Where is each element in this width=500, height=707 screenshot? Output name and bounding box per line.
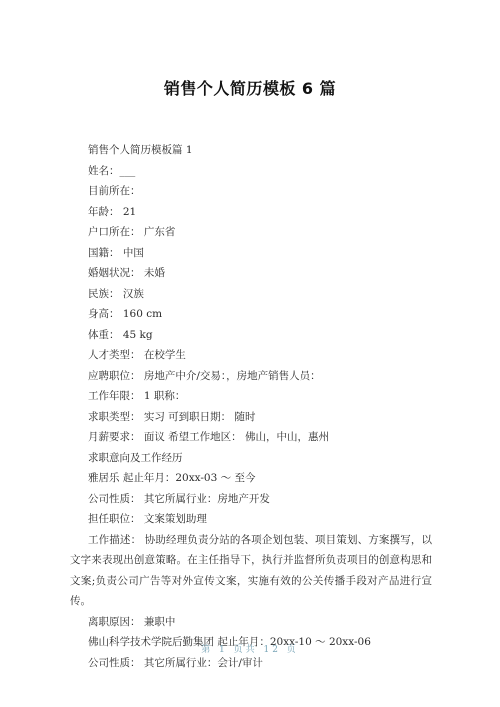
field-location: 目前所在： [70, 181, 435, 202]
job-1-company: 雅居乐 起止年月：20xx-03 ～ 至今 [70, 468, 435, 489]
page-number-footer: 第 1 页共 12 页 [0, 642, 500, 655]
field-nationality: 国籍： 中国 [70, 243, 435, 264]
job-1-company-type: 公司性质： 其它所属行业：房地产开发 [70, 489, 435, 510]
field-hukou: 户口所在： 广东省 [70, 222, 435, 243]
section-heading: 销售个人简历模板篇 1 [70, 140, 435, 161]
field-salary: 月薪要求： 面议 希望工作地区： 佛山，中山，惠州 [70, 427, 435, 448]
field-name: 姓名：___ [70, 161, 435, 182]
field-weight: 体重： 45 kg [70, 325, 435, 346]
job-1-description: 工作描述： 协助经理负责分站的各项企划包装、项目策划、方案撰写，以文字来表现出创… [70, 530, 432, 612]
job-1-leave-reason: 离职原因： 兼职中 [70, 612, 435, 633]
job-2-company-type: 公司性质： 其它所属行业：会计/审计 [70, 653, 435, 674]
field-age: 年龄： 21 [70, 202, 435, 223]
section-work-experience: 求职意向及工作经历 [70, 448, 435, 469]
field-marital-status: 婚姻状况： 未婚 [70, 263, 435, 284]
job-1-title: 担任职位： 文案策划助理 [70, 509, 435, 530]
field-position: 应聘职位： 房地产中介/交易：，房地产销售人员： [70, 366, 435, 387]
field-job-type: 求职类型： 实习 可到职日期： 随时 [70, 407, 435, 428]
field-work-years: 工作年限： 1 职称： [70, 386, 435, 407]
field-talent-type: 人才类型： 在校学生 [70, 345, 435, 366]
field-ethnicity: 民族： 汉族 [70, 284, 435, 305]
document-body: 销售个人简历模板篇 1 姓名：___ 目前所在： 年龄： 21 户口所在： 广东… [70, 140, 435, 673]
field-height: 身高： 160 cm [70, 304, 435, 325]
document-title: 销售个人简历模板 6 篇 [0, 76, 500, 99]
